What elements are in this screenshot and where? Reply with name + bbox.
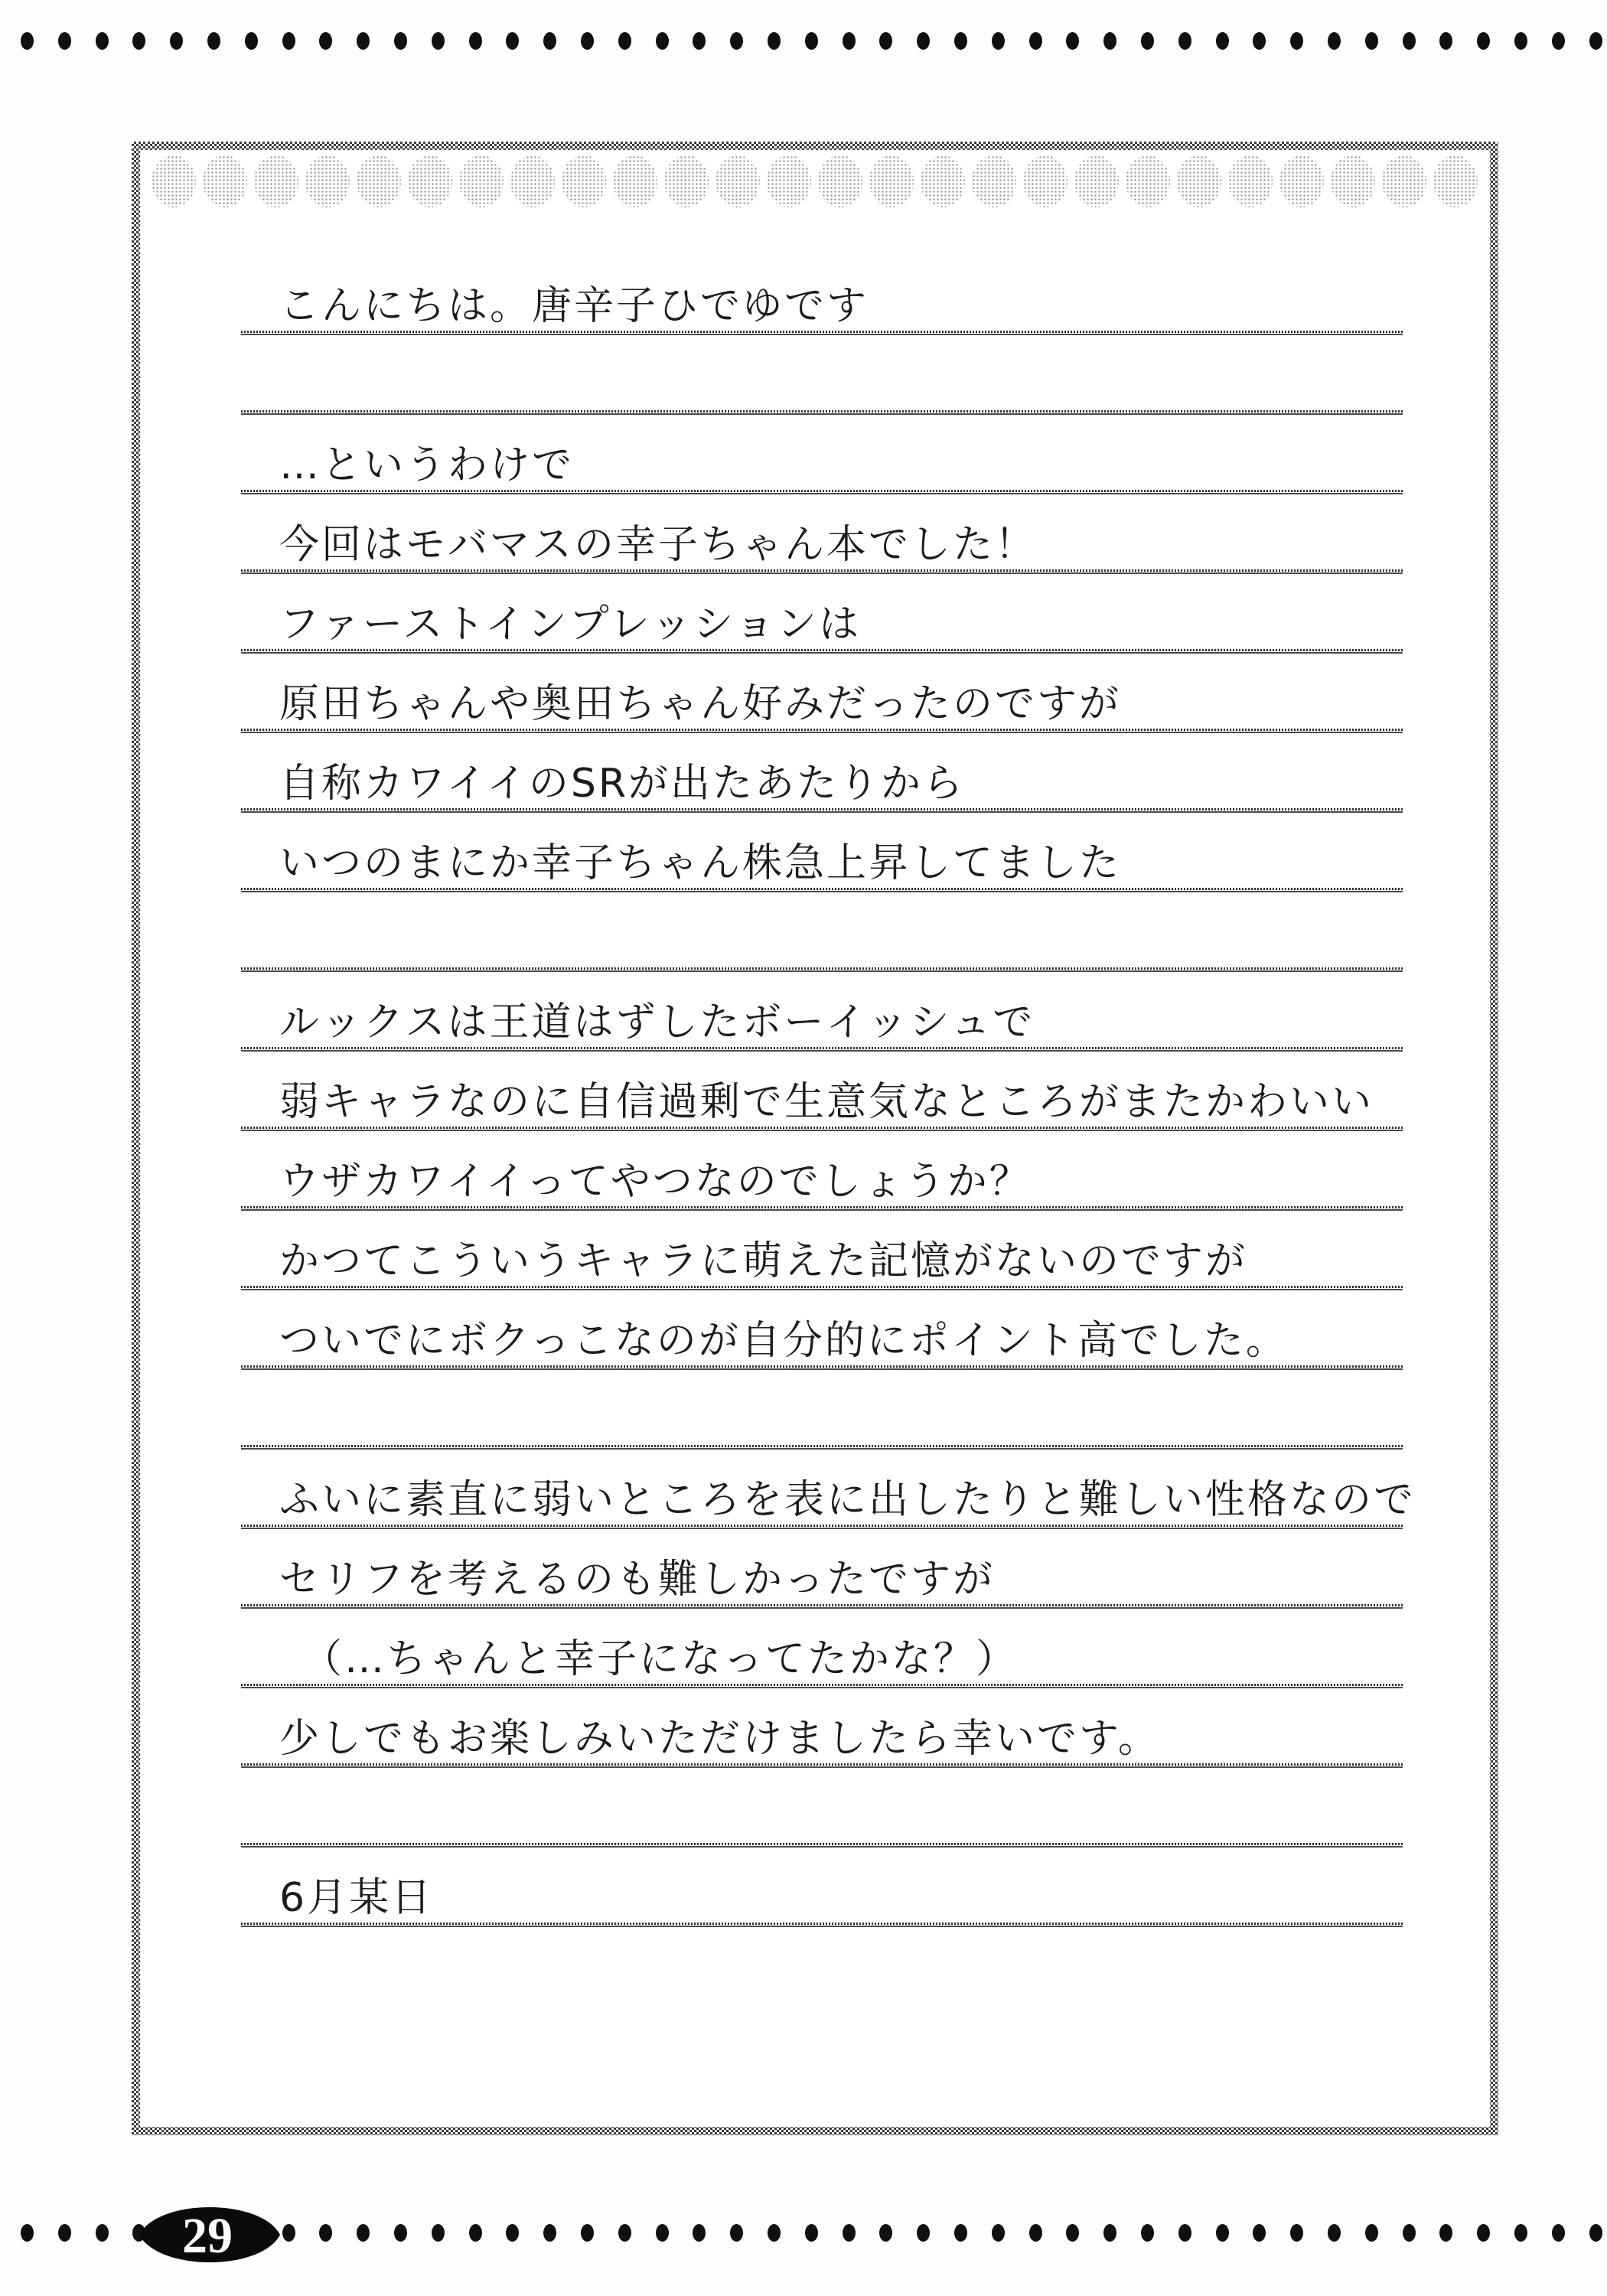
dot: [96, 2224, 109, 2242]
dot: [543, 32, 556, 50]
dot: [1253, 2224, 1266, 2242]
note-line-text: ふいに素直に弱いところを表に出したりと難しい性格なので: [279, 1480, 1416, 1520]
dot: [58, 2224, 71, 2242]
dot: [432, 2224, 445, 2242]
dot: [1290, 32, 1303, 50]
ruled-line: [241, 1923, 1403, 1927]
dot: [170, 32, 183, 50]
note-line-row: こんにちは。唐辛子ひでゆです: [140, 256, 1490, 335]
dot: [581, 2224, 594, 2242]
dot: [1029, 2224, 1042, 2242]
note-line-row: いつのまにか幸子ちゃん株急上昇してました: [140, 813, 1490, 892]
halftone-circle: [1433, 155, 1478, 207]
dot: [432, 32, 445, 50]
dot: [805, 2224, 818, 2242]
halftone-circle: [357, 155, 401, 207]
dot: [1103, 2224, 1116, 2242]
note-line-row: かつてこういうキャラに萌えた記憶がないのですが: [140, 1211, 1490, 1290]
halftone-circle: [510, 155, 555, 207]
note-line-text: かつてこういうキャラに萌えた記憶がないのですが: [279, 1241, 1247, 1281]
dot: [1439, 2224, 1452, 2242]
dot: [245, 32, 258, 50]
note-line-row: ルックスは王道はずしたボーイッシュで: [140, 972, 1490, 1052]
halftone-circle: [715, 155, 760, 207]
halftone-circle: [1177, 155, 1221, 207]
halftone-circle: [664, 155, 709, 207]
halftone-circle: [305, 155, 350, 207]
note-line-row: 6月某日: [140, 1848, 1490, 1927]
dot: [58, 32, 71, 50]
dot: [1103, 32, 1116, 50]
dot: [730, 2224, 743, 2242]
dot: [618, 2224, 631, 2242]
note-line-row: 自称カワイイのSRが出たあたりから: [140, 733, 1490, 813]
note-line-row: 原田ちゃんや奥田ちゃん好みだったのですが: [140, 654, 1490, 733]
halftone-circle: [152, 155, 196, 207]
note-line-row: （…ちゃんと幸子になってたかな？）: [140, 1609, 1490, 1688]
note-line-text: 原田ちゃんや奥田ちゃん好みだったのですが: [279, 684, 1121, 724]
dot: [618, 32, 631, 50]
note-line-row: ついでにボクっこなのが自分的にポイント高でした。: [140, 1290, 1490, 1370]
dot: [954, 32, 967, 50]
dot: [1403, 32, 1416, 50]
note-line-text: 自称カワイイのSRが出たあたりから: [279, 764, 965, 804]
scanned-page: { "page": { "number": "29" }, "colors": …: [0, 0, 1607, 2296]
dot: [394, 2224, 407, 2242]
dot: [319, 32, 332, 50]
halftone-circle: [1382, 155, 1426, 207]
note-line-text: ファーストインプレッションは: [279, 605, 861, 644]
dot: [543, 2224, 556, 2242]
dot: [843, 32, 856, 50]
dot: [207, 32, 220, 50]
note-line-row: 弱キャラなのに自信過剰で生意気なところがまたかわいい: [140, 1052, 1490, 1131]
dot: [992, 2224, 1005, 2242]
dot: [768, 32, 781, 50]
note-line-row: ファーストインプレッションは: [140, 574, 1490, 654]
dot: [1216, 32, 1229, 50]
note-line-row: …というわけで: [140, 415, 1490, 494]
note-line-row: ウザカワイイってやつなのでしょうか？: [140, 1131, 1490, 1211]
halftone-circle: [1279, 155, 1324, 207]
dot: [21, 2224, 34, 2242]
note-line-text: ついでにボクっこなのが自分的にポイント高でした。: [279, 1321, 1288, 1361]
dot: [357, 32, 370, 50]
note-line-row: [140, 1370, 1490, 1450]
dot: [879, 2224, 892, 2242]
note-line-row: [140, 335, 1490, 415]
note-line-row: 今回はモバマスの幸子ちゃん本でした！: [140, 494, 1490, 574]
dot: [1514, 2224, 1527, 2242]
dot: [805, 32, 818, 50]
dot: [506, 2224, 519, 2242]
dot: [96, 32, 109, 50]
dot: [282, 32, 295, 50]
dot: [1066, 32, 1079, 50]
dot: [1141, 32, 1154, 50]
halftone-circle: [562, 155, 606, 207]
note-line-text: 今回はモバマスの幸子ちゃん本でした！: [279, 525, 1037, 565]
dot: [1439, 32, 1452, 50]
dot: [1141, 2224, 1154, 2242]
dot: [1589, 2224, 1602, 2242]
dot: [1552, 32, 1565, 50]
halftone-circle: [869, 155, 914, 207]
dot: [1477, 2224, 1490, 2242]
dot: [132, 32, 145, 50]
dot: [1253, 32, 1266, 50]
note-line-text: 弱キャラなのに自信過剰で生意気なところがまたかわいい: [279, 1082, 1374, 1122]
dot: [1514, 32, 1527, 50]
dot: [1216, 2224, 1229, 2242]
halftone-circle: [767, 155, 811, 207]
dot: [1328, 32, 1341, 50]
dot: [1589, 32, 1602, 50]
top-dots-border: [0, 32, 1607, 50]
note-card: こんにちは。唐辛子ひでゆです…というわけで今回はモバマスの幸子ちゃん本でした！フ…: [132, 142, 1498, 2135]
note-line-row: セリフを考えるのも難しかったですが: [140, 1529, 1490, 1609]
halftone-circle: [1023, 155, 1068, 207]
dot: [469, 32, 482, 50]
dot: [954, 2224, 967, 2242]
dot: [917, 2224, 930, 2242]
dot: [1290, 2224, 1303, 2242]
dot: [730, 32, 743, 50]
dot: [693, 2224, 706, 2242]
halftone-circle: [1126, 155, 1170, 207]
dot: [21, 32, 34, 50]
dot: [1066, 2224, 1079, 2242]
note-lines: こんにちは。唐辛子ひでゆです…というわけで今回はモバマスの幸子ちゃん本でした！フ…: [140, 256, 1490, 1927]
note-line-text: 6月某日: [279, 1878, 433, 1918]
dot: [656, 2224, 669, 2242]
note-line-row: 少しでもお楽しみいただけましたら幸いです。: [140, 1688, 1490, 1768]
dot: [1477, 32, 1490, 50]
halftone-circle: [972, 155, 1016, 207]
note-line-text: いつのまにか幸子ちゃん株急上昇してました: [279, 843, 1121, 883]
dot: [394, 32, 407, 50]
note-line-text: こんにちは。唐辛子ひでゆです: [279, 286, 869, 326]
note-line-row: [140, 892, 1490, 972]
halftone-circle: [613, 155, 657, 207]
halftone-circle: [203, 155, 247, 207]
halftone-circle: [818, 155, 862, 207]
page-number: 29: [182, 2208, 233, 2264]
note-line-row: ふいに素直に弱いところを表に出したりと難しい性格なので: [140, 1450, 1490, 1529]
note-card-inner: こんにちは。唐辛子ひでゆです…というわけで今回はモバマスの幸子ちゃん本でした！フ…: [140, 150, 1490, 2127]
dot: [1365, 2224, 1378, 2242]
decorative-circles-row: [140, 150, 1490, 207]
dot: [879, 32, 892, 50]
dot: [1328, 2224, 1341, 2242]
halftone-circle: [1074, 155, 1119, 207]
dot: [693, 32, 706, 50]
dot: [1029, 32, 1042, 50]
dot: [1552, 2224, 1565, 2242]
dot: [1403, 2224, 1416, 2242]
halftone-circle: [254, 155, 298, 207]
dot: [469, 2224, 482, 2242]
halftone-circle: [1228, 155, 1273, 207]
dot: [1178, 2224, 1191, 2242]
dot: [1178, 32, 1191, 50]
dot: [992, 32, 1005, 50]
page-number-badge: 29: [137, 2192, 282, 2278]
note-line-text: （…ちゃんと幸子になってたかな？）: [302, 1639, 1018, 1679]
dot: [581, 32, 594, 50]
halftone-circle: [921, 155, 965, 207]
dot: [843, 2224, 856, 2242]
note-line-text: ルックスは王道はずしたボーイッシュで: [279, 1003, 1035, 1042]
dot: [506, 32, 519, 50]
dot: [656, 32, 669, 50]
note-line-text: セリフを考えるのも難しかったですが: [279, 1560, 995, 1600]
note-line-row: [140, 1768, 1490, 1848]
halftone-circle: [459, 155, 504, 207]
note-line-text: …というわけで: [279, 445, 574, 485]
note-line-text: 少しでもお楽しみいただけましたら幸いです。: [279, 1719, 1160, 1759]
note-line-text: ウザカワイイってやつなのでしょうか？: [279, 1162, 1032, 1202]
halftone-circle: [408, 155, 452, 207]
halftone-circle: [1331, 155, 1375, 207]
dot: [319, 2224, 332, 2242]
dot: [917, 32, 930, 50]
dot: [282, 2224, 295, 2242]
dot: [1365, 32, 1378, 50]
dot: [768, 2224, 781, 2242]
dot: [357, 2224, 370, 2242]
